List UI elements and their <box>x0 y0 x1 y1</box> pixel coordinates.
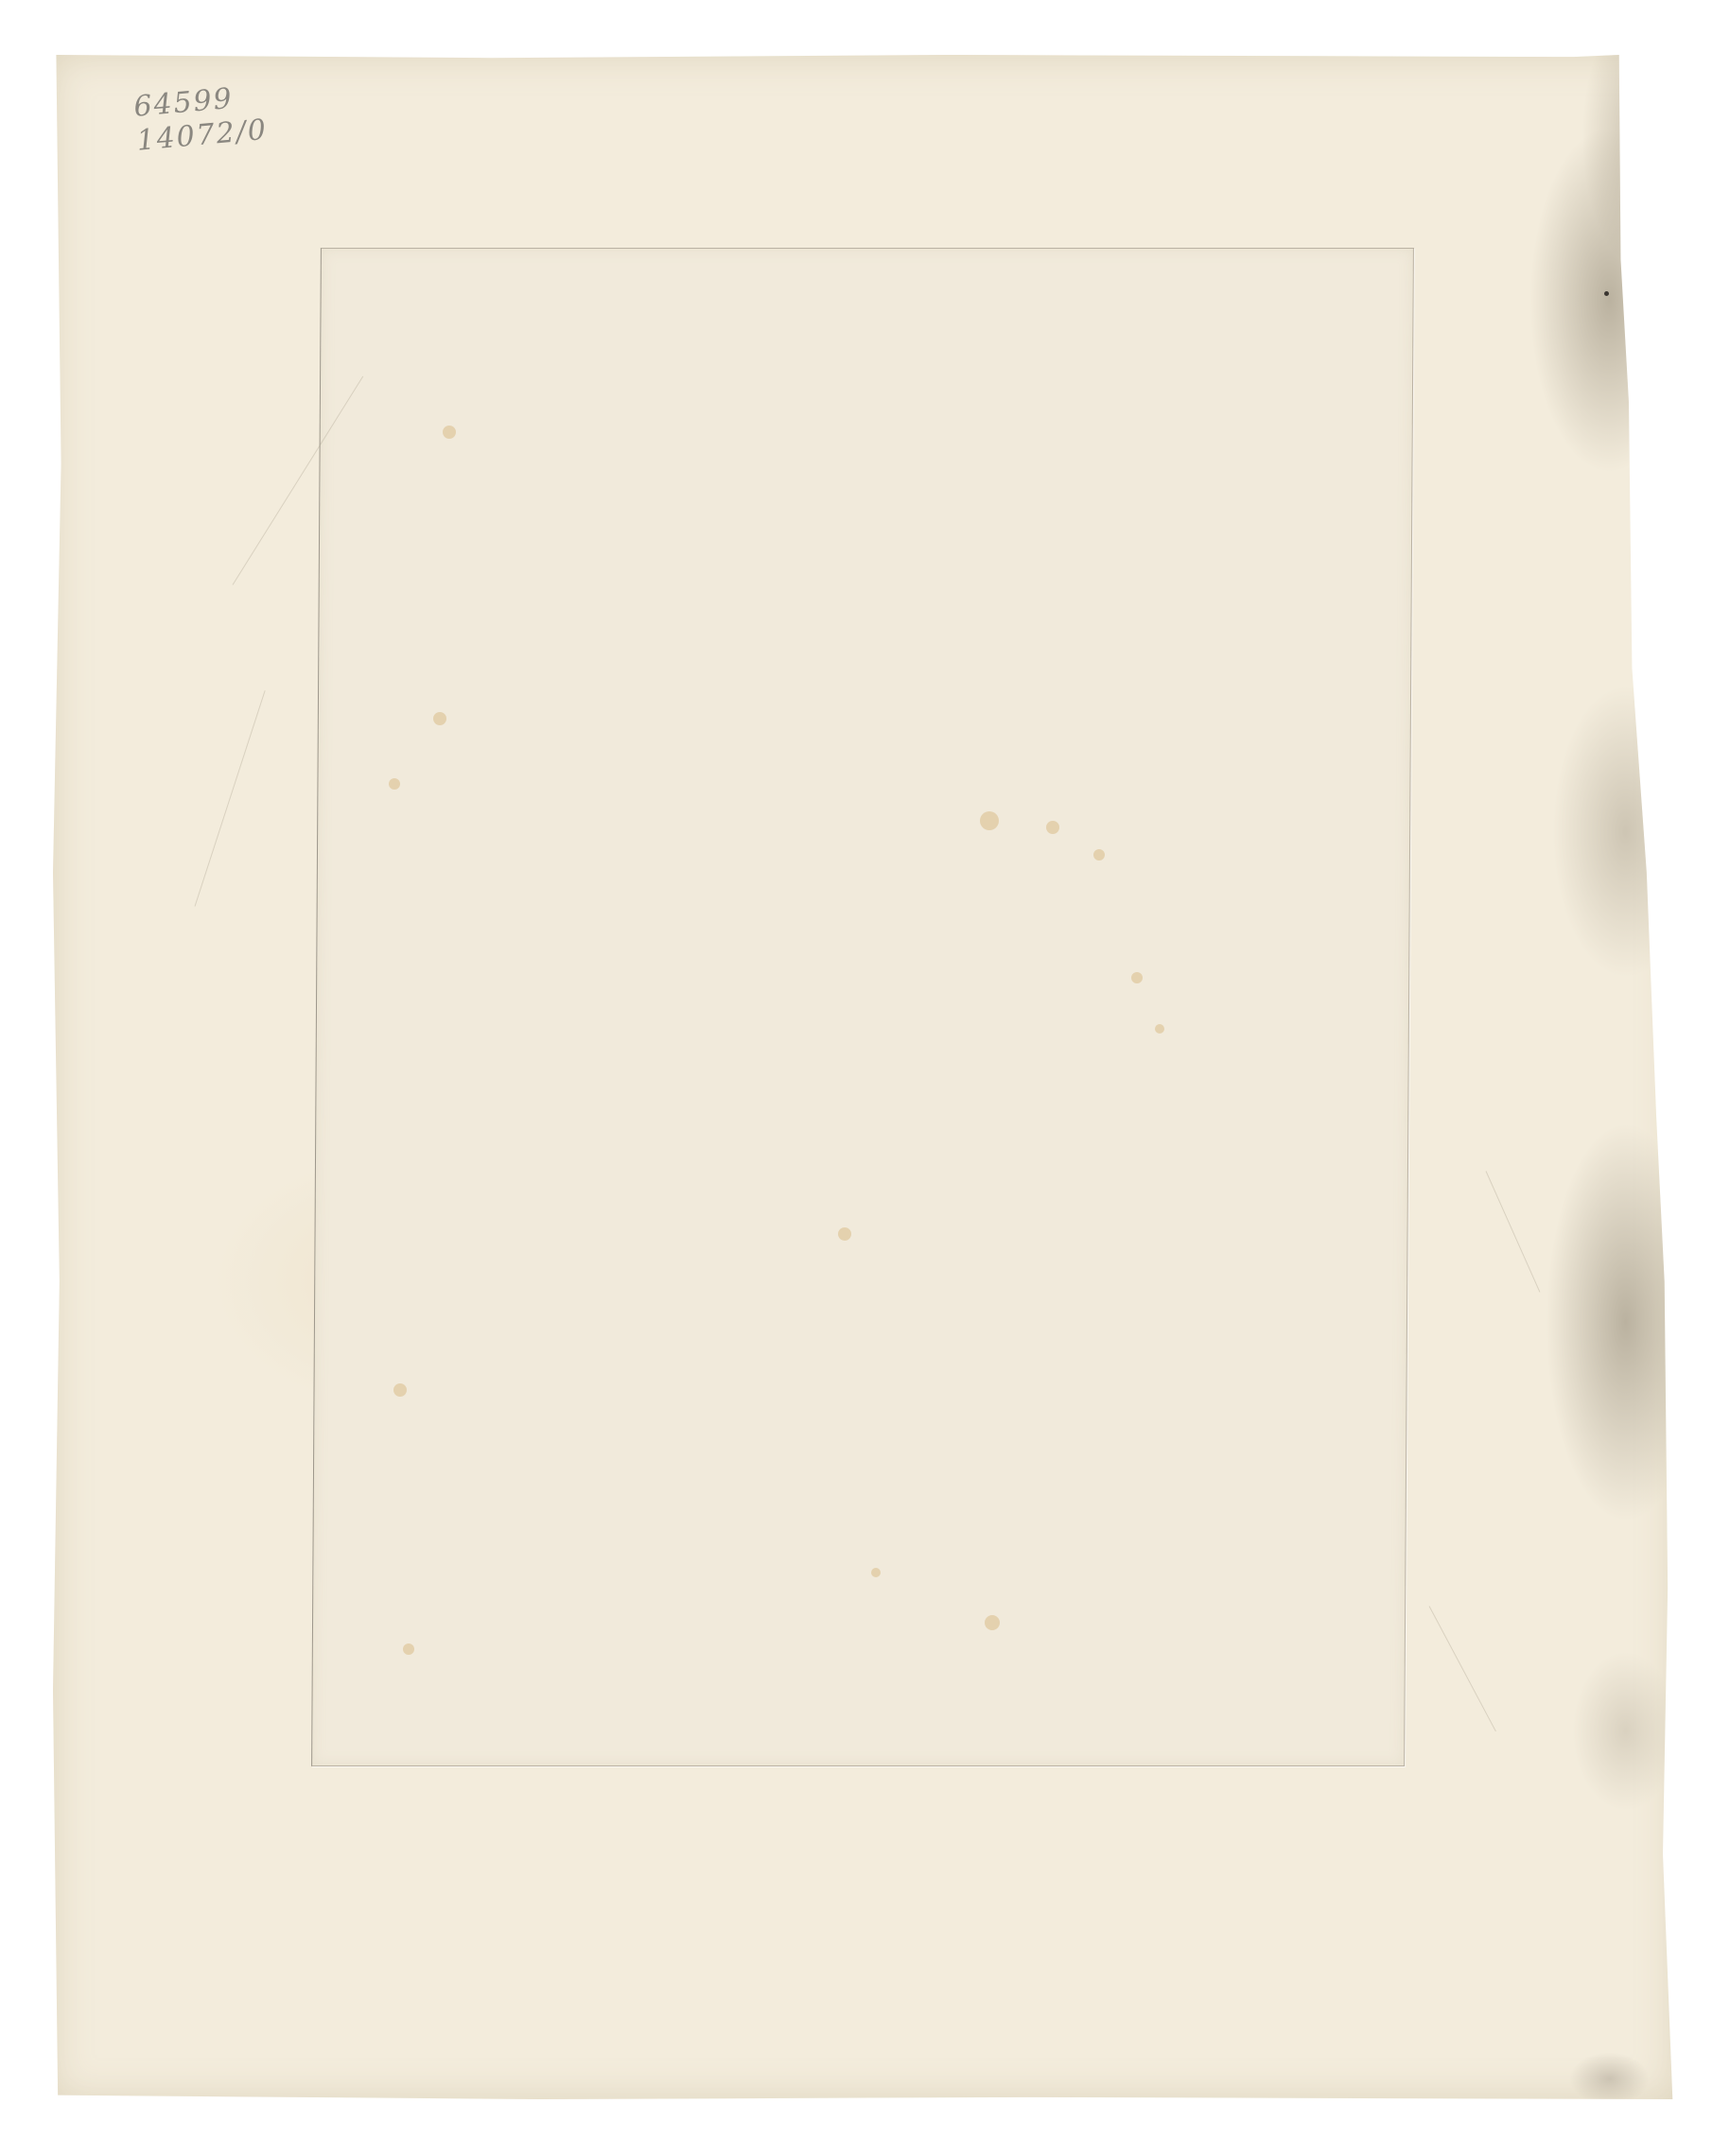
foxing-spot <box>433 712 446 725</box>
foxing-spot <box>403 1643 414 1655</box>
plate-mark <box>311 248 1414 1766</box>
ink-dot <box>1604 291 1609 296</box>
foxing-spot <box>838 1227 851 1241</box>
foxing-spot <box>871 1568 881 1577</box>
foxing-spot <box>389 778 400 790</box>
foxing-spot <box>980 811 999 830</box>
paper-crease <box>195 690 266 907</box>
foxing-spot <box>443 426 456 439</box>
foxing-spot <box>393 1383 407 1397</box>
paper-crease <box>1429 1606 1496 1731</box>
foxing-spot <box>985 1615 1000 1630</box>
paper-crease <box>1486 1171 1541 1292</box>
paper-sheet <box>53 55 1674 2099</box>
pencil-inscription: 64599 14072/0 <box>132 79 269 159</box>
foxing-spot <box>1093 849 1105 861</box>
foxing-spot <box>1131 972 1143 983</box>
foxing-spot <box>1046 821 1059 834</box>
foxing-spot <box>1155 1024 1164 1034</box>
